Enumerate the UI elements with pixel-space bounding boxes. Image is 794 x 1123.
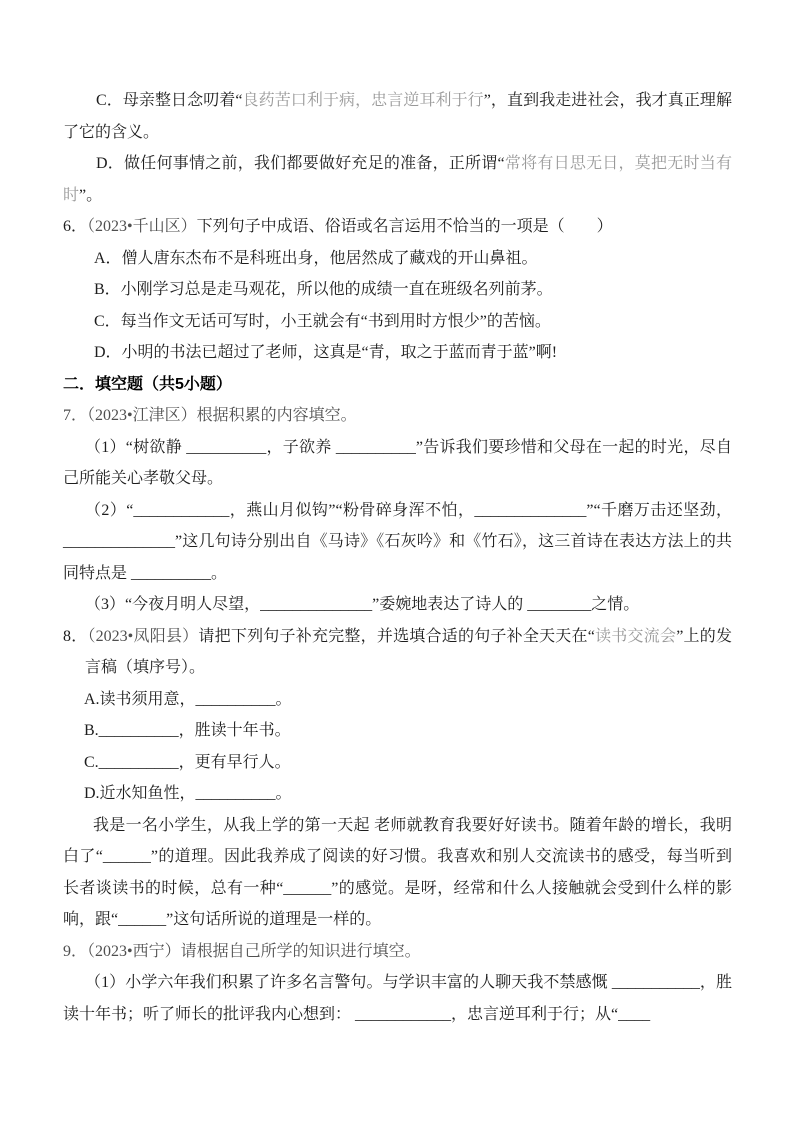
q8-option-c: C.__________，更有早行人。 (63, 747, 732, 779)
worksheet-page: C．母亲整日念叨着“良药苦口利于病，忠言逆耳利于行”，直到我走进社会，我才真正理… (0, 0, 794, 1123)
q8-stem-pre: 请把下列句子补充完整，并选填合适的句子补全天天在“ (198, 628, 594, 645)
q5-option-c: C．母亲整日念叨着“良药苦口利于病，忠言逆耳利于行”，直到我走进社会，我才真正理… (63, 85, 732, 148)
q6-option-b-text: B．小刚学习总是走马观花，所以他的成绩一直在班级名列前茅。 (94, 281, 553, 298)
q6-option-a: A．僧人唐东杰布不是科班出身，他居然成了藏戏的开山鼻祖。 (63, 243, 732, 275)
q6-option-b: B．小刚学习总是走马观花，所以他的成绩一直在班级名列前茅。 (63, 274, 732, 306)
q9-number: 9． (63, 943, 87, 960)
q5-option-c-pre: C．母亲整日念叨着“ (96, 92, 242, 109)
q9-stem: 9．（2023•西宁）请根据自己所学的知识进行填空。 (63, 936, 732, 968)
q7-sub-2: （2）“____________，燕山月似钩”“粉骨碎身浑不怕，________… (63, 495, 732, 590)
q6-option-d: D．小明的书法已超过了老师，这真是“青，取之于蓝而青于蓝”啊! (63, 337, 732, 369)
q7-sub-1: （1）“树欲静 __________，子欲养 __________”告诉我们要珍… (63, 432, 732, 495)
q7-number: 7． (63, 407, 87, 424)
q7-citation: （2023•江津区） (87, 407, 197, 424)
q8-option-d: D.近水知鱼性，__________。 (63, 778, 732, 810)
q7-stem: 7．（2023•江津区）根据积累的内容填空。 (63, 400, 732, 432)
q6-option-c: C．每当作文无话可写时，小王就会有“书到用时方恨少”的苦恼。 (63, 306, 732, 338)
q6-stem: 6．（2023•千山区）下列句子中成语、俗语或名言运用不恰当的一项是（ ） (63, 211, 732, 243)
q6-stem-text: 下列句子中成语、俗语或名言运用不恰当的一项是（ ） (197, 218, 613, 235)
q5-option-d-pre: D．做任何事情之前，我们都要做好充足的准备，正所谓“ (96, 155, 505, 172)
q6-option-d-text: D．小明的书法已超过了老师，这真是“青，取之于蓝而青于蓝”啊! (94, 344, 557, 361)
q5-option-c-quote: 良药苦口利于病，忠言逆耳利于行 (242, 92, 483, 109)
q8-stem-quote: 读书交流会 (595, 628, 676, 645)
q7-sub-3: （3）“今夜月明人尽望，______________”委婉地表达了诗人的 ___… (63, 589, 732, 621)
q5-option-d-post: ”。 (79, 187, 102, 204)
q8-speech-paragraph: 我是一名小学生，从我上学的第一天起 老师就教育我要好好读书。随着年龄的增长，我明… (63, 810, 732, 936)
q6-citation: （2023•千山区） (87, 218, 197, 235)
q6-option-a-text: A．僧人唐东杰布不是科班出身，他居然成了藏戏的开山鼻祖。 (94, 250, 538, 267)
q8-number: 8． (63, 628, 87, 645)
q6-option-c-text: C．每当作文无话可写时，小王就会有“书到用时方恨少”的苦恼。 (94, 313, 551, 330)
q9-sub-1: （1）小学六年我们积累了许多名言警句。与学识丰富的人聊天我不禁感慨 ______… (63, 967, 732, 1030)
q8-citation: （2023•凤阳县） (87, 628, 198, 645)
q7-stem-text: 根据积累的内容填空。 (197, 407, 357, 424)
q9-stem-text: 请根据自己所学的知识进行填空。 (181, 943, 421, 960)
q9-citation: （2023•西宁） (87, 943, 181, 960)
q8-stem: 8．（2023•凤阳县）请把下列句子补充完整，并选填合适的句子补全天天在“读书交… (63, 621, 732, 684)
q8-option-a: A.读书须用意，__________。 (63, 684, 732, 716)
section-2-header: 二．填空题（共5小题） (63, 369, 732, 401)
q5-option-d: D．做任何事情之前，我们都要做好充足的准备，正所谓“常将有日思无日，莫把无时当有… (63, 148, 732, 211)
q6-number: 6． (63, 218, 87, 235)
q8-option-b: B.__________，胜读十年书。 (63, 715, 732, 747)
